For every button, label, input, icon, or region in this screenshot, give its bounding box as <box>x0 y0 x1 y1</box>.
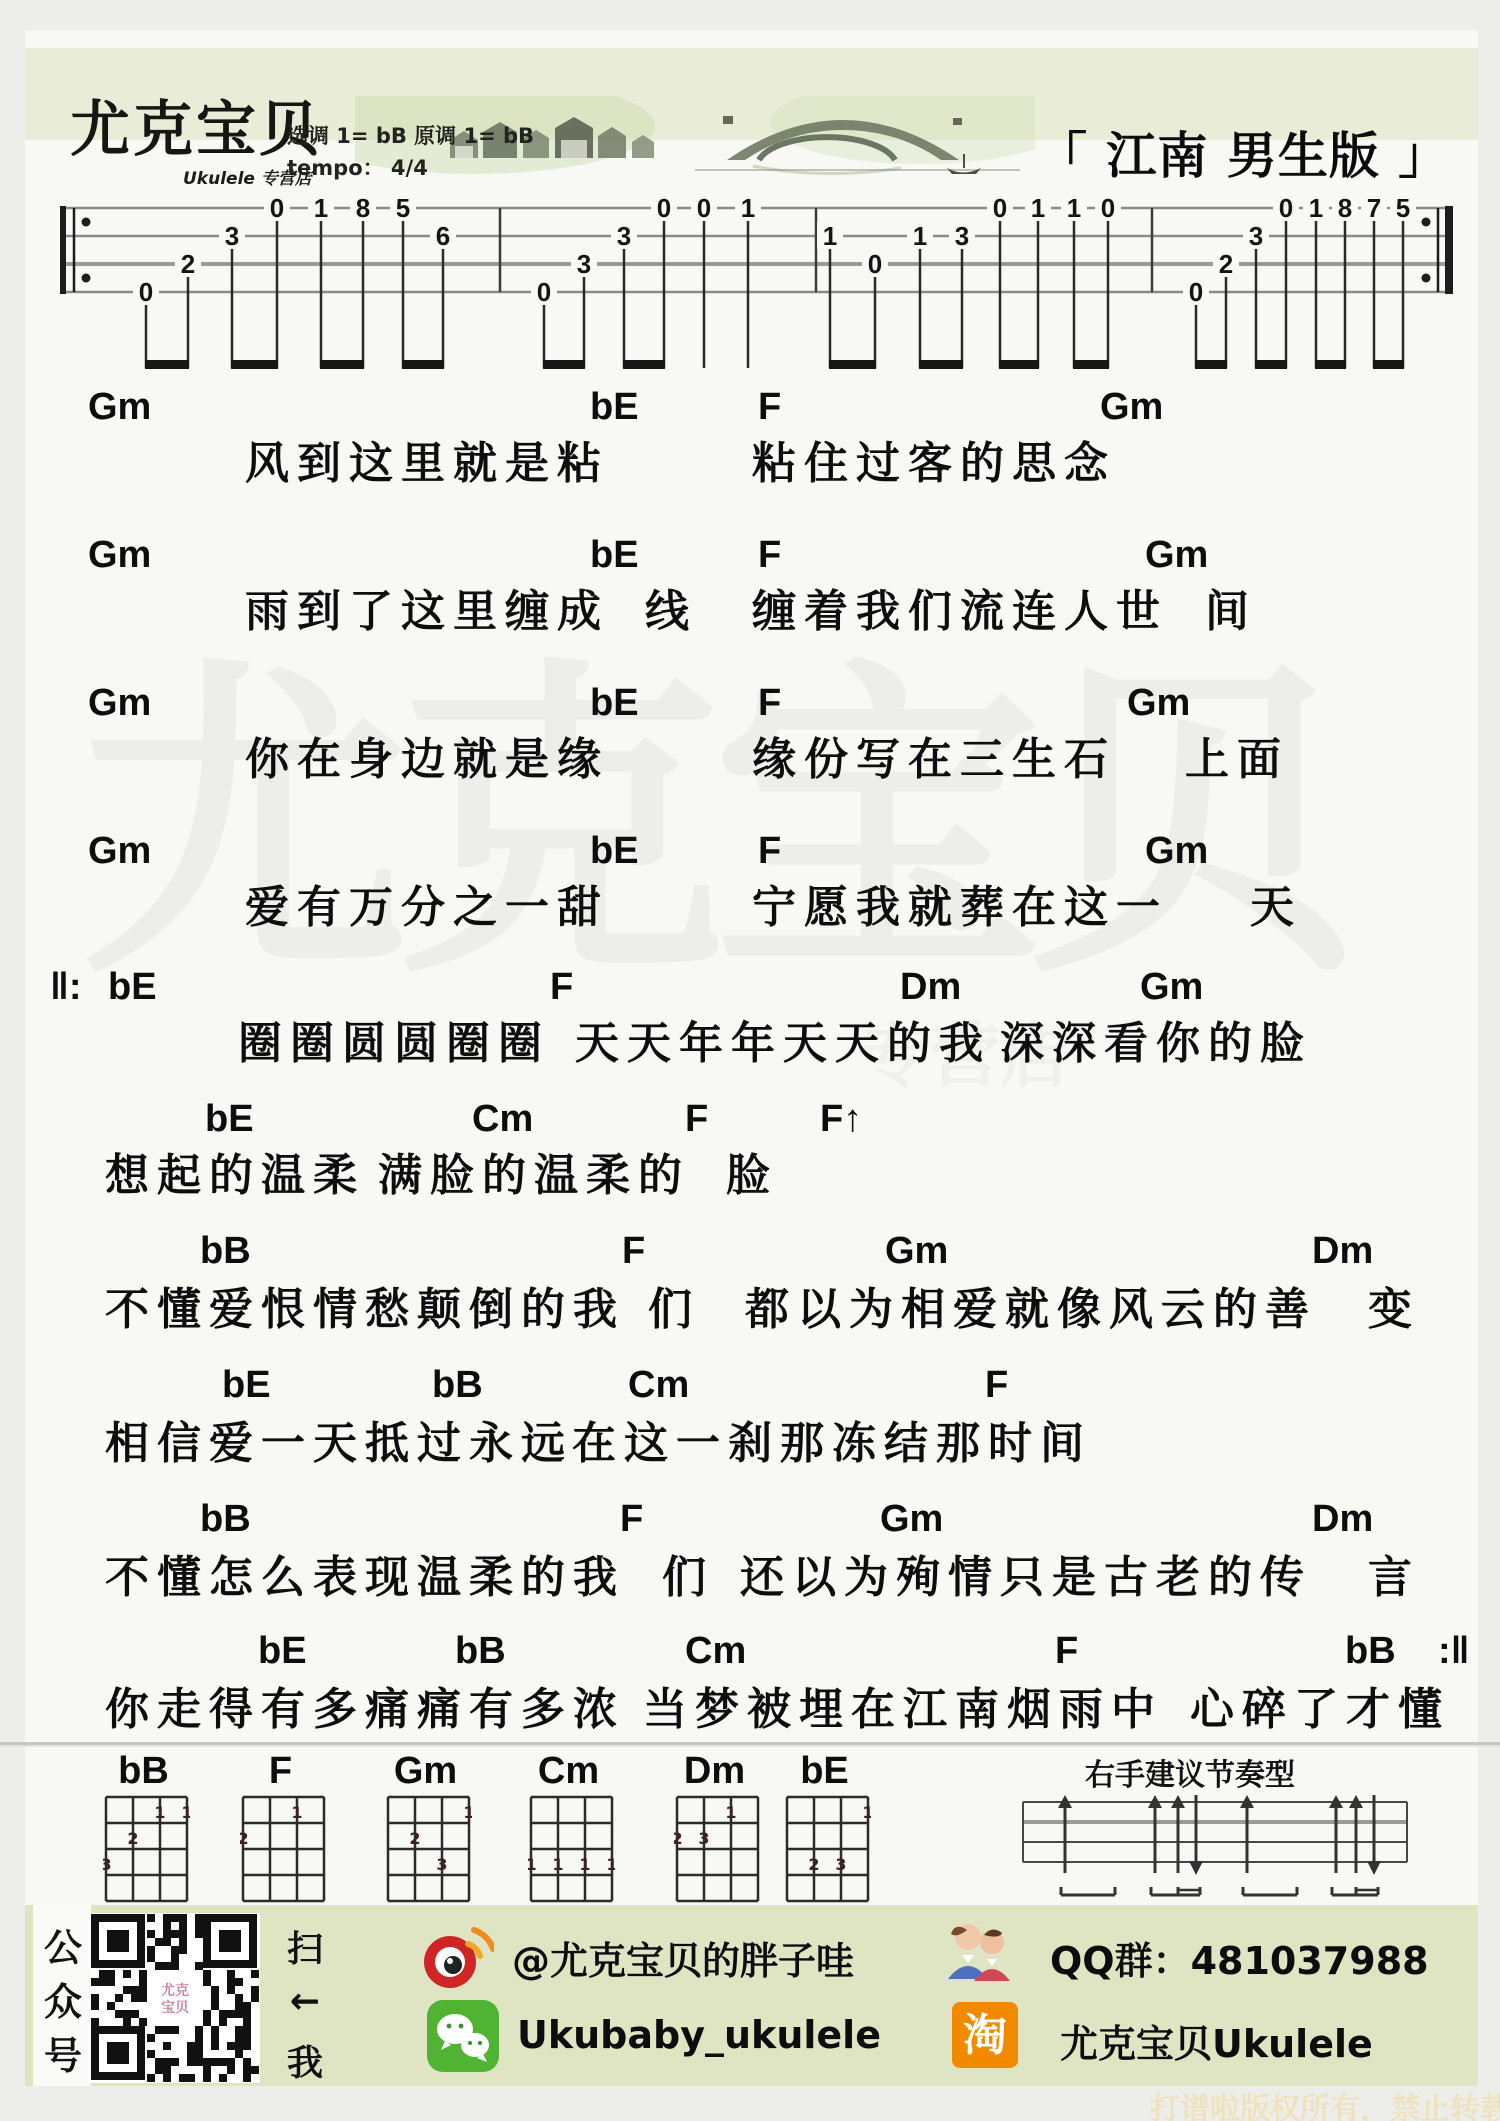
chord-label: Dm <box>1312 1232 1373 1270</box>
tab-fret-number: 1 <box>741 193 755 223</box>
svg-text:淘: 淘 <box>963 2010 1007 2061</box>
chord-label: F <box>985 1366 1008 1404</box>
tab-fret-number: 0 <box>697 193 711 223</box>
chord-label: F <box>758 388 781 426</box>
tab-fret-number: 1 <box>314 193 328 223</box>
chord-label: Gm <box>1145 536 1208 574</box>
lyric-phrase: 缘份写在三生石 <box>752 738 1116 782</box>
finger-number: 1 <box>862 1803 871 1822</box>
chord-label: Gm <box>885 1232 948 1270</box>
lyric-phrase: 爱有万分之一甜 <box>245 886 609 930</box>
chord-label: bE <box>222 1366 271 1404</box>
tab-fret-number: 3 <box>1249 221 1263 251</box>
finger-number: 1 <box>463 1803 472 1822</box>
finger-number: 1 <box>606 1855 615 1874</box>
chord-label: Cm <box>472 1100 533 1138</box>
chord-label: Gm <box>88 388 151 426</box>
finger-number: 3 <box>835 1855 846 1874</box>
watermark-copyright: 打谱啦版权所有，禁止转载 <box>1150 2084 1500 2121</box>
lyric-phrase: 雨到了这里缠成 <box>245 590 609 634</box>
finger-number: 2 <box>674 1829 683 1848</box>
lyric-phrase: 们 <box>648 1288 700 1332</box>
chord-label: bE <box>590 832 639 870</box>
tab-fret-number: 3 <box>617 221 631 251</box>
chord-label: ‖: <box>50 968 82 1006</box>
finger-number: 2 <box>240 1829 249 1848</box>
lyric-phrase: 线 <box>645 590 697 634</box>
chord-diagram-grid: 231 <box>784 1794 871 1904</box>
tab-fret-number: 3 <box>225 221 239 251</box>
lyric-phrase: 不懂怎么表现温柔的我 <box>105 1556 625 1600</box>
lyric-phrase: 风到这里就是粘 <box>245 442 609 486</box>
lyric-phrase: 不懂爱恨情愁颠倒的我 <box>105 1288 625 1332</box>
chord-label: bE <box>590 536 639 574</box>
chord-label: F <box>758 832 781 870</box>
lyric-phrase: 粘住过客的思念 <box>752 442 1116 486</box>
lyric-phrase: 圈圈圆圆圈圈 <box>238 1022 550 1066</box>
tab-fret-number: 3 <box>577 249 591 279</box>
lyric-phrase: 天 <box>1250 886 1302 930</box>
chord-label: bB <box>432 1366 483 1404</box>
chord-diagram-name: bB <box>79 1750 209 1793</box>
chord-label: F <box>1055 1632 1078 1670</box>
chord-sheet-page: 尤克宝贝 专营店 <box>0 0 1500 2121</box>
chord-label: F <box>685 1100 708 1138</box>
tab-fret-number: 7 <box>1367 193 1381 223</box>
qr-center-logo: 宝贝 <box>161 1999 189 2016</box>
finger-number: 1 <box>579 1855 590 1874</box>
chord-diagram-grid: 21 <box>240 1794 327 1904</box>
chord-label: F↑ <box>820 1100 862 1138</box>
finger-number: 1 <box>528 1855 537 1874</box>
chord-label: Dm <box>900 968 961 1006</box>
chord-label: bE <box>205 1100 254 1138</box>
chord-label: :‖ <box>1438 1632 1470 1670</box>
chord-diagram-grid: 3211 <box>103 1794 190 1904</box>
finger-number: 2 <box>808 1855 819 1874</box>
tab-fret-number: 0 <box>993 193 1007 223</box>
wechat-icon <box>425 1998 501 2074</box>
tab-fret-number: 2 <box>181 249 195 279</box>
chord-label: Gm <box>88 832 151 870</box>
tab-fret-number: 8 <box>356 193 370 223</box>
tab-fret-number: 5 <box>1396 193 1410 223</box>
chord-label: Gm <box>88 684 151 722</box>
chord-label: F <box>622 1232 645 1270</box>
tab-fret-number: 0 <box>537 277 551 307</box>
account-label-char: 公 <box>43 1917 83 1972</box>
finger-number: 1 <box>154 1803 165 1822</box>
chord-label: Gm <box>1145 832 1208 870</box>
finger-number: 1 <box>725 1803 736 1822</box>
lyric-phrase: 间 <box>1205 590 1257 634</box>
lyric-phrase: 想起的温柔 <box>105 1154 365 1198</box>
rhythm-pattern-staff <box>1015 1795 1415 1905</box>
qq-group-icon <box>940 1915 1018 1991</box>
tab-fret-number: 3 <box>955 221 969 251</box>
taobao-shop-text: 尤克宝贝Ukulele <box>1060 2013 1373 2068</box>
lyric-phrase: 心碎了才懂 <box>1190 1688 1450 1732</box>
lyric-phrase: 在这一刹那冻结那时间 <box>572 1422 1092 1466</box>
chord-label: Cm <box>628 1366 689 1404</box>
chord-label: bE <box>590 388 639 426</box>
chord-diagram-grid: 231 <box>385 1794 472 1904</box>
lyric-phrase: 满脸的温柔的 <box>378 1154 690 1198</box>
tab-fret-number: 0 <box>1279 193 1293 223</box>
tab-fret-number: 1 <box>1031 193 1045 223</box>
chord-diagram-name: bE <box>760 1750 890 1793</box>
lyric-phrase: 脸 <box>726 1154 778 1198</box>
tab-fret-number: 1 <box>913 221 927 251</box>
chord-label: bB <box>1345 1632 1396 1670</box>
intro-tablature: 023018560330011013011002301875 <box>0 0 1500 380</box>
wechat-id: Ukubaby_ukulele <box>517 2013 881 2057</box>
tab-fret-number: 0 <box>1101 193 1115 223</box>
tab-fret-number: 0 <box>1189 277 1203 307</box>
tab-fret-number: 6 <box>436 221 450 251</box>
finger-number: 3 <box>103 1855 112 1874</box>
lyric-phrase: 言 <box>1368 1556 1420 1600</box>
chord-label: F <box>550 968 573 1006</box>
qr-center-logo: 尤克 <box>161 1982 189 1999</box>
chord-label: F <box>620 1500 643 1538</box>
scan-label-char: 我 <box>283 2035 327 2086</box>
section-divider <box>0 1742 1500 1745</box>
chord-label: bE <box>590 684 639 722</box>
chord-label: Cm <box>685 1632 746 1670</box>
account-label-char: 众 <box>43 1971 83 2026</box>
chord-label: bE <box>108 968 157 1006</box>
footer-bar: 公 众 号 尤克宝贝 扫 ← 我 @尤克宝贝的胖子哇 Ukuba <box>25 1905 1478 2086</box>
finger-number: 1 <box>552 1855 563 1874</box>
finger-number: 3 <box>698 1829 709 1848</box>
tab-fret-number: 1 <box>1309 193 1323 223</box>
official-account-strip: 公 众 号 <box>33 1905 91 2086</box>
rhythm-pattern-title: 右手建议节奏型 <box>1085 1750 1295 1794</box>
chord-label: F <box>758 684 781 722</box>
lyric-phrase: 当梦被埋在江南烟雨中 <box>643 1688 1163 1732</box>
weibo-icon <box>420 1918 494 1992</box>
tab-fret-number: 0 <box>139 277 153 307</box>
chord-label: bE <box>258 1632 307 1670</box>
weibo-handle: @尤克宝贝的胖子哇 <box>512 1930 854 1985</box>
chord-label: Gm <box>1100 388 1163 426</box>
lyric-phrase: 们 <box>662 1556 714 1600</box>
finger-number: 2 <box>127 1829 138 1848</box>
finger-number: 1 <box>181 1803 190 1822</box>
lyric-phrase: 变 <box>1368 1288 1420 1332</box>
lyric-phrase: 天天年年天天的我 <box>575 1022 991 1066</box>
tab-fret-number: 0 <box>657 193 671 223</box>
chord-label: Gm <box>1140 968 1203 1006</box>
tab-fret-number: 2 <box>1219 249 1233 279</box>
chord-diagram-name: F <box>216 1750 346 1793</box>
chord-label: Dm <box>1312 1500 1373 1538</box>
chord-label: Gm <box>880 1500 943 1538</box>
tab-fret-number: 0 <box>868 249 882 279</box>
lyric-phrase: 上面 <box>1185 738 1289 782</box>
lyric-phrase: 你在身边就是缘 <box>245 738 609 782</box>
lyric-phrase: 都以为相爱就像风云的善 <box>745 1288 1317 1332</box>
tab-fret-number: 0 <box>270 193 284 223</box>
account-label-char: 号 <box>43 2025 83 2080</box>
qq-group-text: QQ群：481037988 <box>1050 1930 1429 1985</box>
lyric-phrase: 相信爱一天抵过永远 <box>105 1422 573 1466</box>
chord-label: bB <box>200 1232 251 1270</box>
scan-label-char: 扫 <box>283 1921 327 1972</box>
chord-label: F <box>758 536 781 574</box>
lyric-phrase: 缠着我们流连人世 <box>752 590 1168 634</box>
scan-arrow: ← <box>283 1981 327 2022</box>
chord-label: Gm <box>88 536 151 574</box>
finger-number: 2 <box>409 1829 420 1848</box>
tab-fret-number: 5 <box>396 193 410 223</box>
tab-fret-number: 8 <box>1338 193 1352 223</box>
lyric-phrase: 你走得有多痛痛有多浓 <box>105 1688 625 1732</box>
chord-diagram-grid: 1111 <box>528 1794 615 1904</box>
lyric-phrase: 还以为殉情只是古老的传 <box>740 1556 1312 1600</box>
chord-diagram-name: Cm <box>504 1750 634 1793</box>
tab-fret-number: 1 <box>823 221 837 251</box>
chord-label: Gm <box>1127 684 1190 722</box>
taobao-icon: 淘 <box>950 2000 1020 2070</box>
chord-diagram-grid: 231 <box>674 1794 761 1904</box>
tab-fret-number: 1 <box>1067 193 1081 223</box>
finger-number: 1 <box>291 1803 302 1822</box>
chord-label: bB <box>200 1500 251 1538</box>
lyric-phrase: 深深看你的脸 <box>1000 1022 1312 1066</box>
finger-number: 3 <box>436 1855 447 1874</box>
chord-label: bB <box>455 1632 506 1670</box>
qr-code: 尤克宝贝 <box>90 1913 260 2083</box>
chord-diagram-name: Gm <box>361 1750 491 1793</box>
lyric-phrase: 宁愿我就葬在这一 <box>752 886 1168 930</box>
